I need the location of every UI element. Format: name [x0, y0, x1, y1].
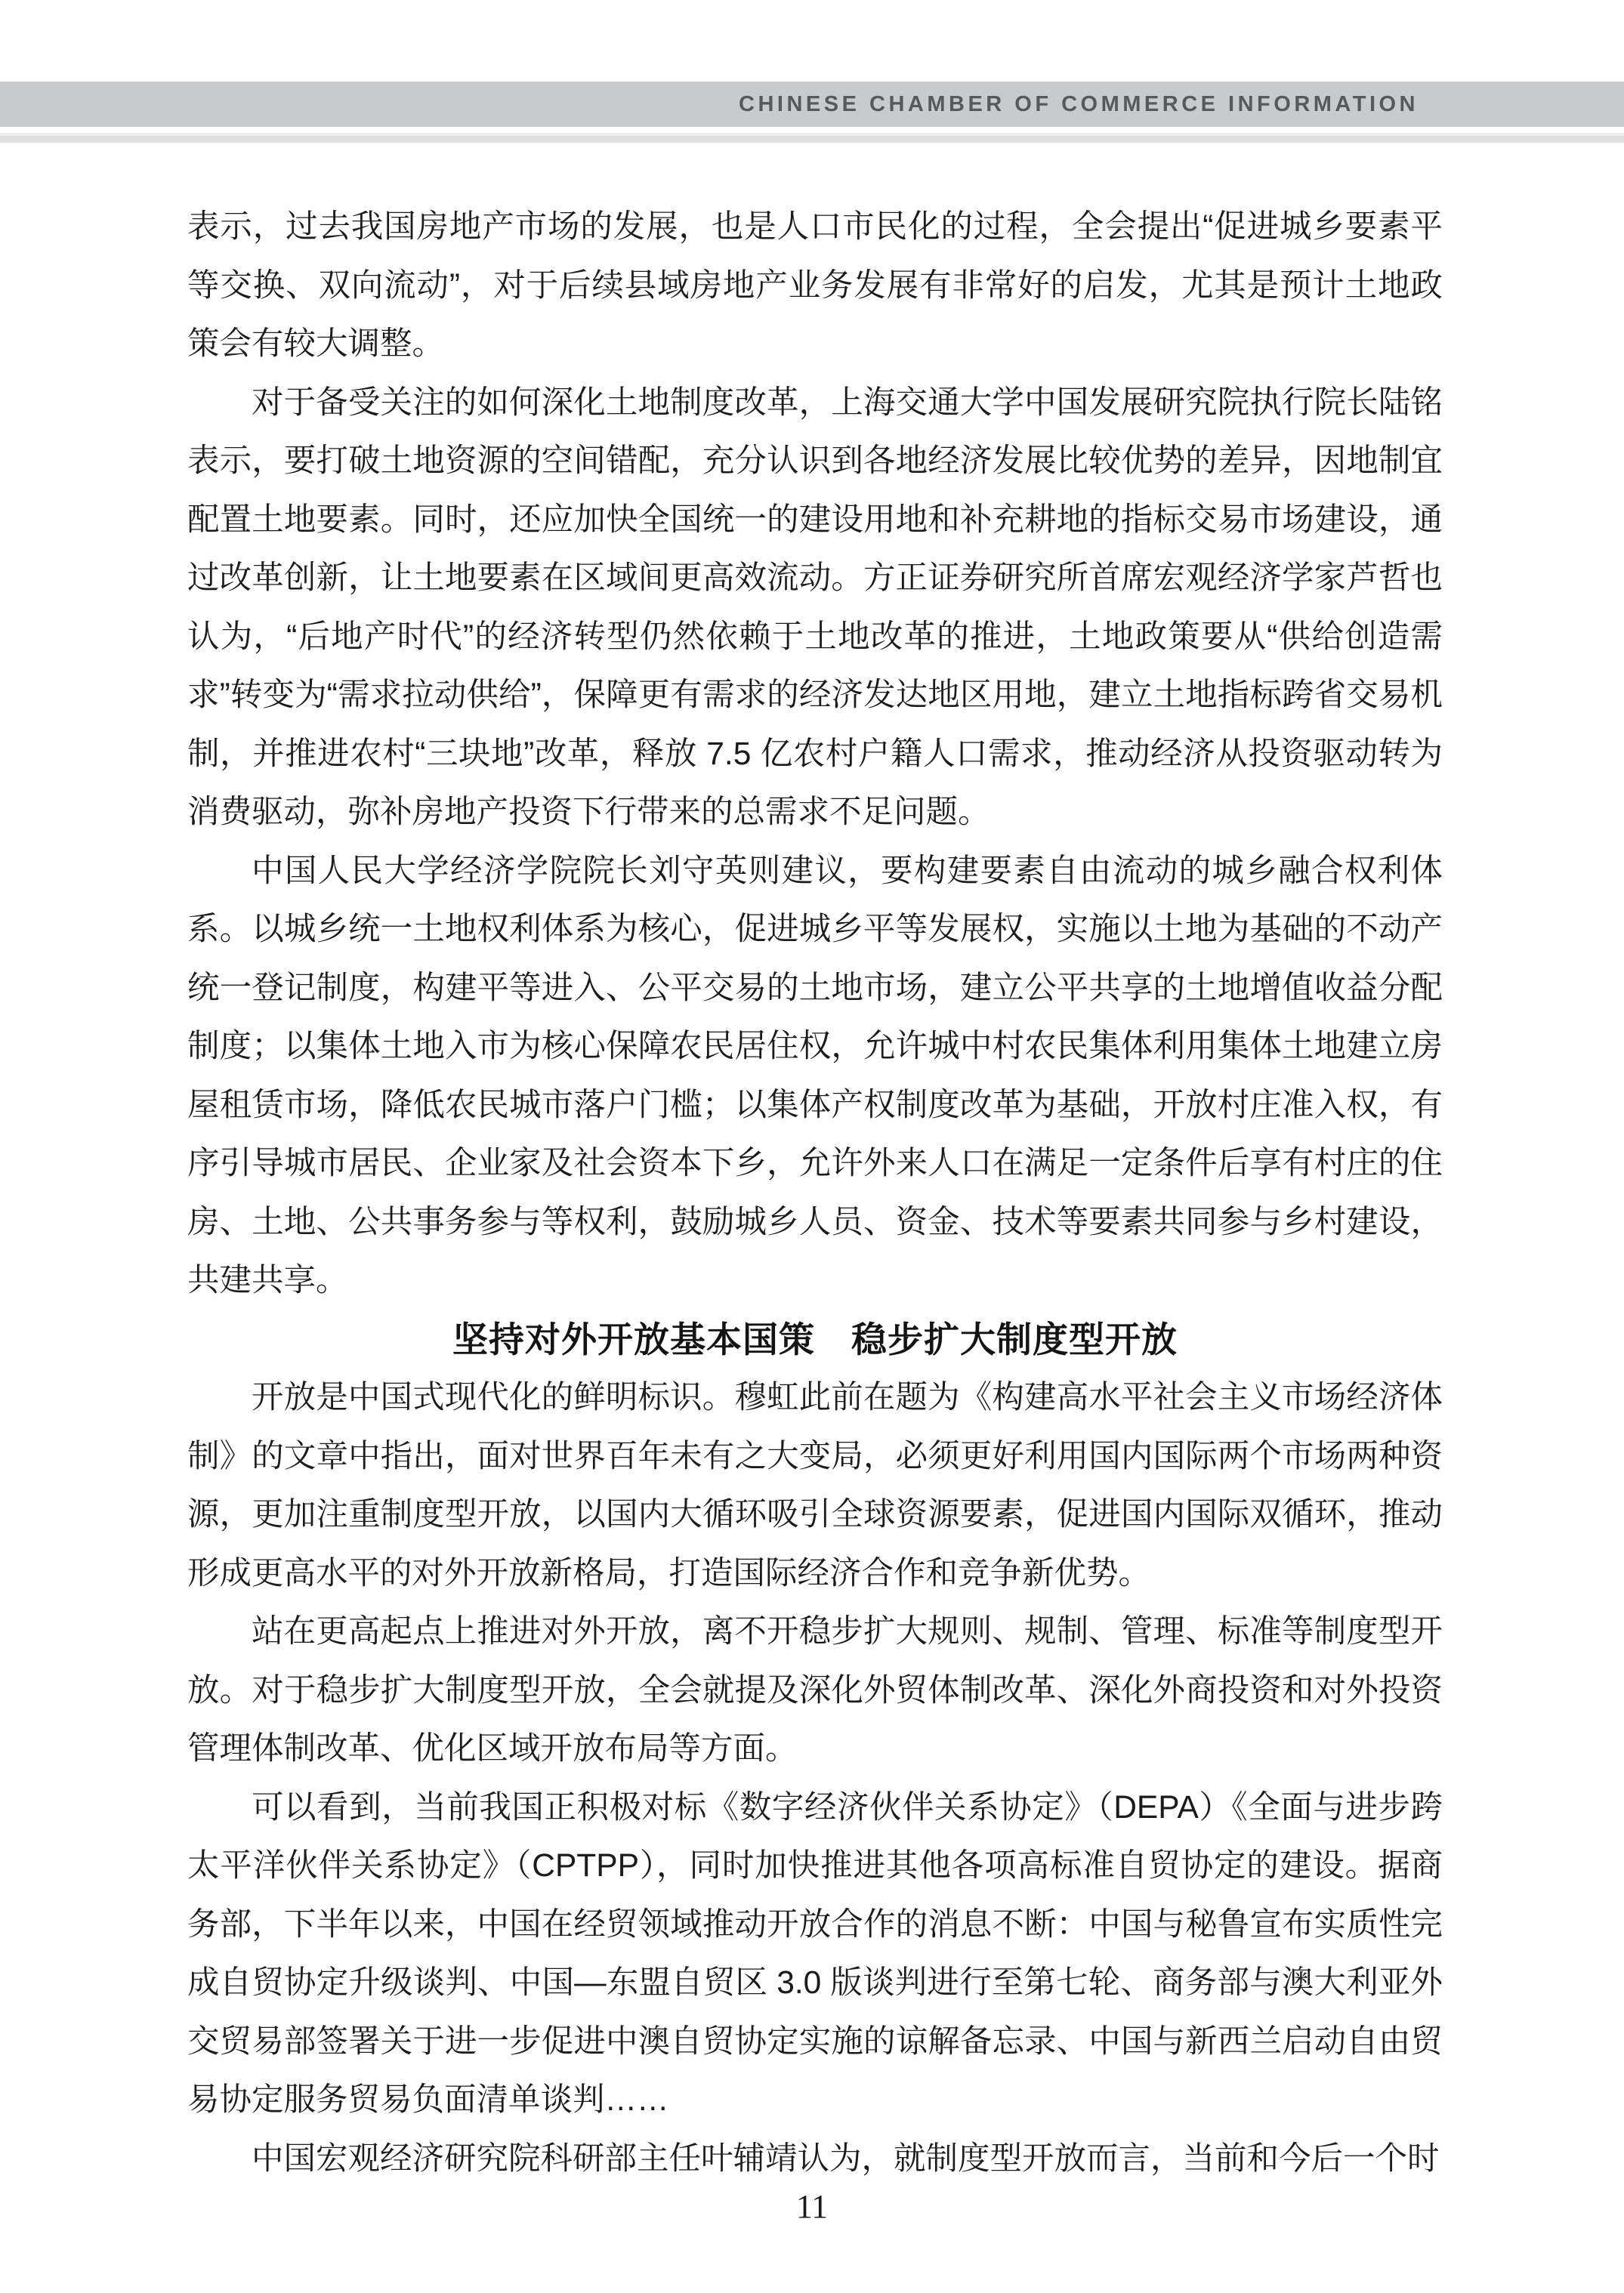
paragraph: 中国人民大学经济学院院长刘守英则建议，要构建要素自由流动的城乡融合权利体系。以城…	[187, 842, 1443, 1310]
header-rule	[0, 133, 1624, 143]
page-number: 11	[0, 2187, 1624, 2226]
paragraph: 开放是中国式现代化的鲜明标识。穆虹此前在题为《构建高水平社会主义市场经济体制》的…	[187, 1369, 1443, 1603]
paragraph: 站在更高起点上推进对外开放，离不开稳步扩大规则、规制、管理、标准等制度型开放。对…	[187, 1603, 1443, 1779]
paragraph: 可以看到，当前我国正积极对标《数字经济伙伴关系协定》（DEPA）《全面与进步跨太…	[187, 1779, 1443, 2130]
header-band: CHINESE CHAMBER OF COMMERCE INFORMATION	[0, 82, 1624, 127]
paragraph-continued: 表示，过去我国房地产市场的发展，也是人口市民化的过程，全会提出“促进城乡要素平等…	[187, 198, 1443, 374]
document-page: CHINESE CHAMBER OF COMMERCE INFORMATION …	[0, 0, 1624, 2293]
header-band-title: CHINESE CHAMBER OF COMMERCE INFORMATION	[739, 92, 1419, 117]
paragraph: 中国宏观经济研究院科研部主任叶辅靖认为，就制度型开放而言，当前和今后一个时	[187, 2130, 1443, 2189]
paragraph: 对于备受关注的如何深化土地制度改革，上海交通大学中国发展研究院执行院长陆铭表示，…	[187, 374, 1443, 842]
article-body: 表示，过去我国房地产市场的发展，也是人口市民化的过程，全会提出“促进城乡要素平等…	[187, 198, 1443, 2188]
section-heading: 坚持对外开放基本国策 稳步扩大制度型开放	[187, 1310, 1443, 1369]
